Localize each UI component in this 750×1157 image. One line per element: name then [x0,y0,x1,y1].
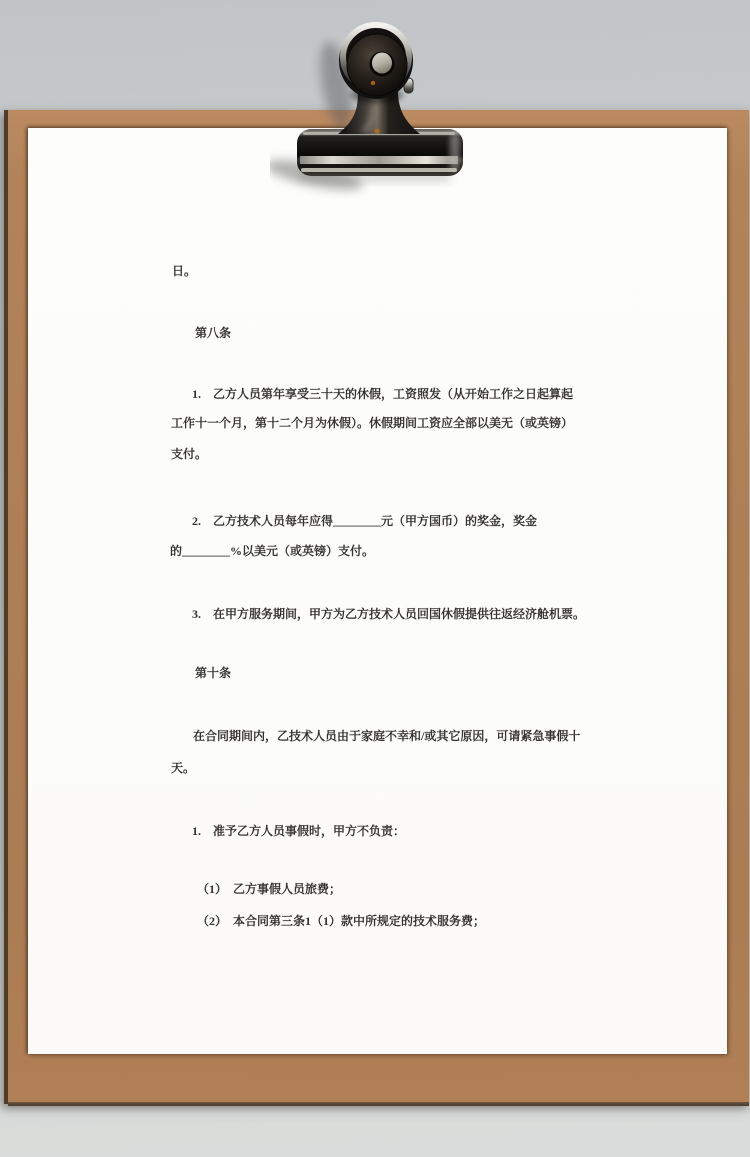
text-line-item2-b: 的________%以美元（或英镑）支付。 [170,545,374,558]
text-line-item1-a: 1. 乙方人员第年享受三十天的休假，工资照发（从开始工作之日起算起 [192,388,573,401]
text-line-item3: 3. 在甲方服务期间，甲方为乙方技术人员回国休假提供往返经济舱机票。 [192,608,585,621]
text-line-ri: 日。 [172,265,196,278]
text-line-sub1-2: （2） 本合同第三条1（1）款中所规定的技术服务费； [197,915,485,928]
text-line-item2-a: 2. 乙方技术人员每年应得________元（甲方国币）的奖金，奖金 [192,515,537,528]
text-line-sub1-1: （1） 乙方事假人员旅费； [197,883,341,896]
binder-clip-icon [270,5,490,205]
text-line-item1-c: 支付。 [171,448,207,461]
text-line-item1-b: 工作十一个月，第十二个月为休假）。休假期间工资应全部以美无（或英镑） [171,417,573,430]
paper-sheet: 日。 第八条 1. 乙方人员第年享受三十天的休假，工资照发（从开始工作之日起算起… [28,128,727,1054]
clip-amber-reflection-upper [371,81,375,85]
text-line-article-10: 第十条 [195,667,231,680]
text-line-sub1: 1. 准予乙方人员事假时，甲方不负责： [192,825,405,838]
clip-amber-reflection-lower [375,129,380,134]
text-line-article-8: 第八条 [195,327,231,340]
text-line-para-a: 在合同期间内，乙技术人员由于家庭不幸和/或其它原因，可请紧急事假十 [193,730,580,743]
text-line-para-b: 天。 [171,762,195,775]
